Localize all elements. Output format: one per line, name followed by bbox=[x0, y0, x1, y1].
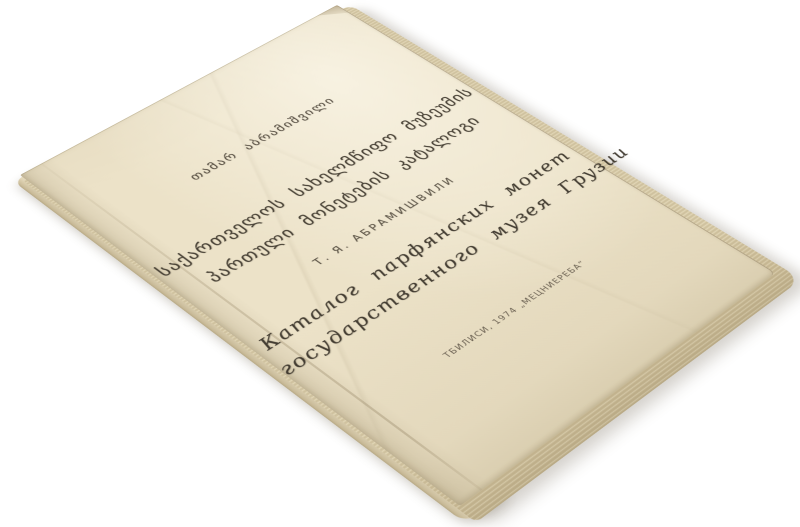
cover-text-block: თამარ აბრამიშვილი საქართველოს სახელმწიფო… bbox=[20, 5, 776, 506]
photo-background: თამარ აბრამიშვილი საქართველოს სახელმწიფო… bbox=[0, 0, 800, 527]
book-front-cover: თამარ აბრამიშვილი საქართველოს სახელმწიფო… bbox=[20, 5, 776, 506]
book: თამარ აბრამიშვილი საქართველოს სახელმწიფო… bbox=[20, 5, 776, 506]
